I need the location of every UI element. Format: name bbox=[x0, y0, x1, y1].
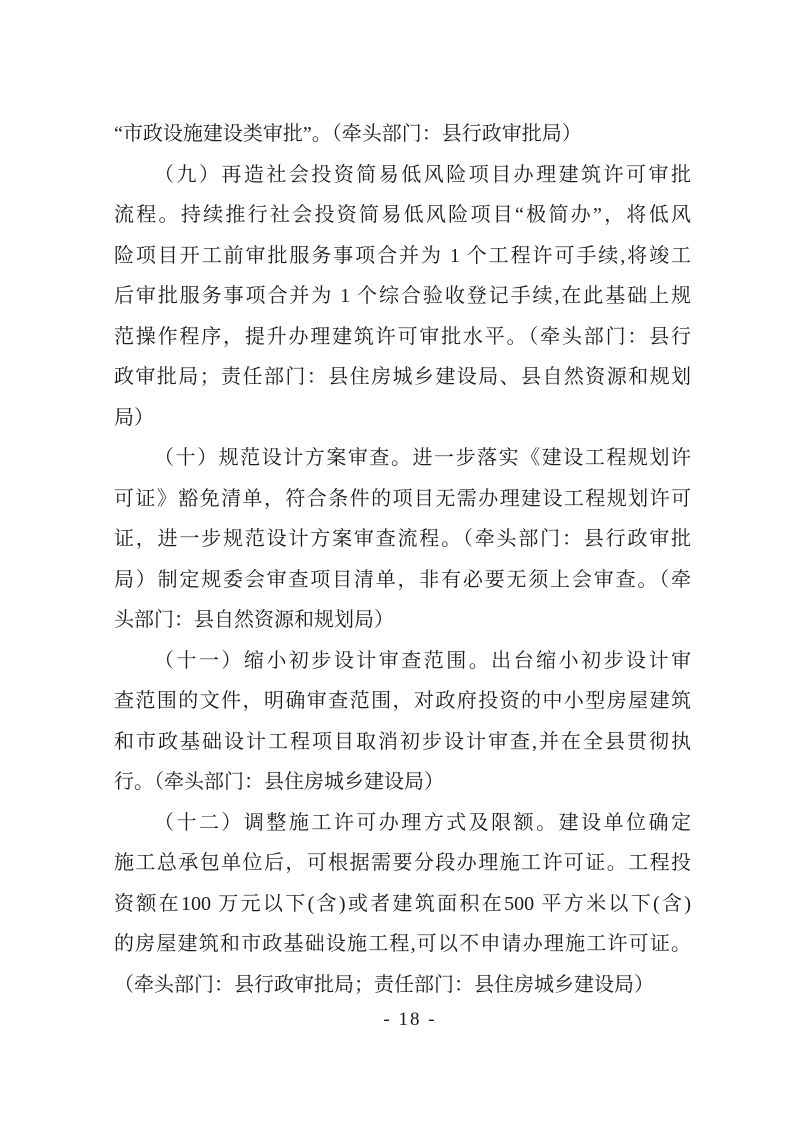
text-line: 施工总承包单位后，可根据需要分段办理施工许可证。工程投 bbox=[114, 843, 691, 884]
text-line: 后审批服务事项合并为 1 个综合验收登记手续,在此基础上规 bbox=[114, 276, 691, 317]
text-line-paragraph-start: （十）规范设计方案审查。进一步落实《建设工程规划许 bbox=[114, 438, 691, 479]
text-line: 的房屋建筑和市政基础设施工程,可以不申请办理施工许可证。 bbox=[114, 924, 691, 965]
text-line: 查范围的文件，明确审查范围，对政府投资的中小型房屋建筑 bbox=[114, 681, 691, 722]
text-line: 流程。持续推行社会投资简易低风险项目“极简办”，将低风 bbox=[114, 195, 691, 236]
text-line: 和市政基础设计工程项目取消初步设计审查,并在全县贯彻执 bbox=[114, 722, 691, 763]
page-number: - 18 - bbox=[20, 1005, 800, 1035]
text-line: 可证》豁免清单，符合条件的项目无需办理建设工程规划许可 bbox=[114, 479, 691, 520]
text-line: （牵头部门：县行政审批局；责任部门：县住房城乡建设局） bbox=[114, 965, 691, 1006]
document-page: “市政设施建设类审批”。（牵头部门：县行政审批局） （九）再造社会投资简易低风险… bbox=[0, 0, 800, 1132]
text-line: 资额在100 万元以下(含)或者建筑面积在500 平方米以下(含) bbox=[114, 884, 691, 925]
text-line-paragraph-start: （十一）缩小初步设计审查范围。出台缩小初步设计审 bbox=[114, 641, 691, 682]
text-line: 行。（牵头部门：县住房城乡建设局） bbox=[114, 762, 691, 803]
text-line: 头部门：县自然资源和规划局） bbox=[114, 600, 691, 641]
text-line: 局） bbox=[114, 398, 691, 439]
text-line: 范操作程序，提升办理建筑许可审批水平。（牵头部门：县行 bbox=[114, 317, 691, 358]
text-line: 险项目开工前审批服务事项合并为 1 个工程许可手续,将竣工 bbox=[114, 236, 691, 277]
text-line: 政审批局；责任部门：县住房城乡建设局、县自然资源和规划 bbox=[114, 357, 691, 398]
text-line-paragraph-start: （十二）调整施工许可办理方式及限额。建设单位确定 bbox=[114, 803, 691, 844]
text-line: 局）制定规委会审查项目清单，非有必要无须上会审查。（牵 bbox=[114, 560, 691, 601]
text-line: 证，进一步规范设计方案审查流程。（牵头部门：县行政审批 bbox=[114, 519, 691, 560]
document-body: “市政设施建设类审批”。（牵头部门：县行政审批局） （九）再造社会投资简易低风险… bbox=[114, 114, 691, 1005]
text-line: “市政设施建设类审批”。（牵头部门：县行政审批局） bbox=[114, 114, 691, 155]
text-line-paragraph-start: （九）再造社会投资简易低风险项目办理建筑许可审批 bbox=[114, 155, 691, 196]
